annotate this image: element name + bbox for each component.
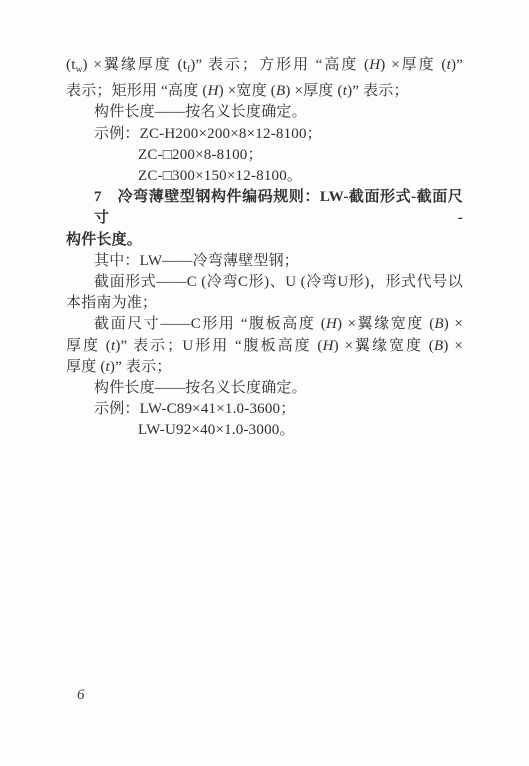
text-segment: 7 冷弯薄壁型钢构件编码规则：LW-截面形式-截面尺寸- (94, 189, 463, 226)
text-line: ZC-□200×8-8100； (66, 145, 463, 166)
text-segment: ) ×翼缘厚度 (t (82, 57, 187, 73)
text-segment: ) ×翼缘宽度 ( (337, 316, 434, 332)
text-segment: 其中：LW——冷弯薄壁型钢； (94, 253, 299, 269)
text-segment: 示例：LW-C89×41×1.0-3600； (94, 401, 295, 417)
text-segment: ZC-□200×8-8100； (138, 147, 263, 163)
text-segment: 厚度 ( (66, 338, 111, 354)
italic-variable: B (276, 83, 285, 99)
text-line: (tw) ×翼缘厚度 (tf)” 表示；方形用 “高度 (H) ×厚度 (t)” (66, 55, 463, 81)
page-number: 6 (77, 687, 85, 704)
text-block: (tw) ×翼缘厚度 (tf)” 表示；方形用 “高度 (H) ×厚度 (t)”… (66, 55, 463, 442)
text-segment: 构件长度。 (66, 232, 142, 248)
text-segment: 截面形式——C (冷弯C形)、U (冷弯U形)，形式代号以 (94, 274, 463, 290)
text-segment: 示例：ZC-H200×200×8×12-8100； (94, 126, 322, 142)
italic-variable: B (434, 316, 443, 332)
text-line: 示例：LW-C89×41×1.0-3600； (66, 399, 463, 420)
text-segment: ) × (443, 338, 463, 354)
text-line: ZC-□300×150×12-8100。 (66, 166, 463, 187)
text-line: 截面形式——C (冷弯C形)、U (冷弯U形)，形式代号以 (66, 272, 463, 293)
italic-variable: H (323, 338, 334, 354)
text-segment: 截面尺寸——C形用 “腹板高度 ( (94, 316, 326, 332)
text-segment: )” 表示； (347, 83, 409, 99)
text-line: 7 冷弯薄壁型钢构件编码规则：LW-截面形式-截面尺寸- (66, 187, 463, 229)
text-segment: ) ×宽度 ( (219, 83, 276, 99)
text-segment: ) ×厚度 ( (380, 57, 446, 73)
text-segment: ZC-□300×150×12-8100。 (138, 168, 302, 184)
text-line: 厚度 (t)” 表示； (66, 357, 463, 378)
text-segment: )” 表示；方形用 “高度 ( (190, 57, 369, 73)
text-segment: 本指南为准； (66, 295, 157, 311)
text-segment: ) ×厚度 ( (285, 83, 342, 99)
text-line: 表示；矩形用 “高度 (H) ×宽度 (B) ×厚度 (t)” 表示； (66, 81, 463, 102)
text-line: LW-U92×40×1.0-3000。 (66, 420, 463, 441)
italic-variable: H (208, 83, 219, 99)
italic-variable: H (326, 316, 337, 332)
text-line: 示例：ZC-H200×200×8×12-8100； (66, 124, 463, 145)
text-segment: LW-U92×40×1.0-3000。 (138, 422, 295, 438)
text-segment: (t (66, 57, 76, 73)
text-segment: )” 表示；U形用 “腹板高度 ( (115, 338, 322, 354)
text-line: 截面尺寸——C形用 “腹板高度 (H) ×翼缘宽度 (B) × (66, 314, 463, 335)
text-segment: 构件长度——按名义长度确定。 (94, 104, 307, 120)
text-line: 构件长度——按名义长度确定。 (66, 102, 463, 123)
text-segment: )” (451, 57, 463, 73)
text-segment: 厚度 ( (66, 359, 106, 375)
text-line: 本指南为准； (66, 293, 463, 314)
italic-variable: B (434, 338, 443, 354)
italic-variable: H (369, 57, 380, 73)
text-line: 构件长度——按名义长度确定。 (66, 378, 463, 399)
text-line: 构件长度。 (66, 230, 463, 251)
text-segment: )” 表示； (110, 359, 172, 375)
text-segment: ) ×翼缘宽度 ( (334, 338, 434, 354)
text-line: 其中：LW——冷弯薄壁型钢； (66, 251, 463, 272)
text-segment: 构件长度——按名义长度确定。 (94, 380, 307, 396)
text-segment: 表示；矩形用 “高度 ( (66, 83, 208, 99)
text-segment: ) × (444, 316, 463, 332)
document-page: (tw) ×翼缘厚度 (tf)” 表示；方形用 “高度 (H) ×厚度 (t)”… (0, 0, 529, 766)
text-line: 厚度 (t)” 表示；U形用 “腹板高度 (H) ×翼缘宽度 (B) × (66, 336, 463, 357)
